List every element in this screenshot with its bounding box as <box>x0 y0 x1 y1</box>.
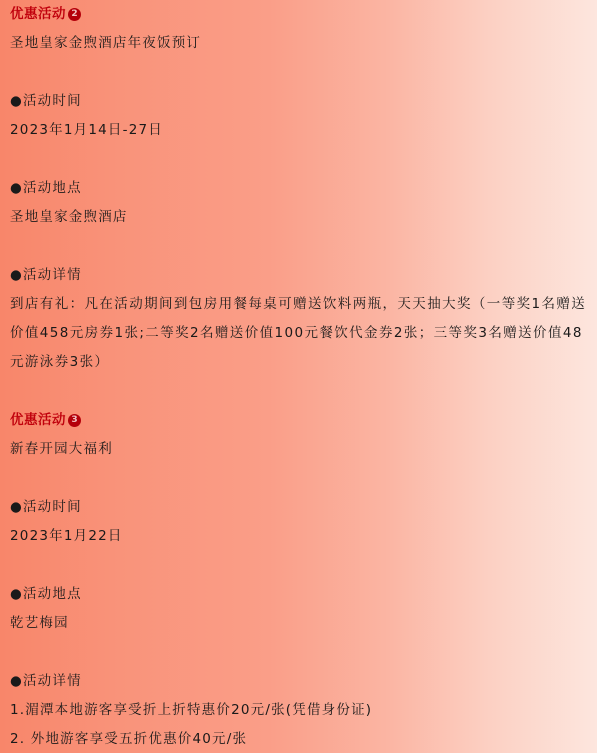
place-label: ●活动地点 <box>10 580 587 609</box>
spacer <box>10 377 587 406</box>
number-badge-icon: 2 <box>68 8 81 21</box>
spacer <box>10 58 587 87</box>
spacer <box>10 638 587 667</box>
detail-label: ●活动详情 <box>10 261 587 290</box>
place-label: ●活动地点 <box>10 174 587 203</box>
section-heading: 优惠活动 3 <box>10 406 587 435</box>
time-value: 2023年1月14日-27日 <box>10 116 587 145</box>
spacer <box>10 551 587 580</box>
place-value: 乾艺梅园 <box>10 609 587 638</box>
spacer <box>10 145 587 174</box>
detail-label: ●活动详情 <box>10 667 587 696</box>
heading-label: 优惠活动 <box>10 406 66 435</box>
promo-section-3: 优惠活动 3 新春开园大福利 ●活动时间 2023年1月22日 ●活动地点 乾艺… <box>10 406 587 753</box>
spacer <box>10 464 587 493</box>
section-heading: 优惠活动 2 <box>10 0 587 29</box>
promo-section-2: 优惠活动 2 圣地皇家金煦酒店年夜饭预订 ●活动时间 2023年1月14日-27… <box>10 0 587 406</box>
number-badge-icon: 3 <box>68 414 81 427</box>
place-value: 圣地皇家金煦酒店 <box>10 203 587 232</box>
time-label: ●活动时间 <box>10 87 587 116</box>
heading-label: 优惠活动 <box>10 0 66 29</box>
detail-line-2: 2. 外地游客享受五折优惠价40元/张 <box>10 725 587 753</box>
promo-title: 圣地皇家金煦酒店年夜饭预订 <box>10 29 587 58</box>
time-label: ●活动时间 <box>10 493 587 522</box>
time-value: 2023年1月22日 <box>10 522 587 551</box>
promo-title: 新春开园大福利 <box>10 435 587 464</box>
article-content: 优惠活动 2 圣地皇家金煦酒店年夜饭预订 ●活动时间 2023年1月14日-27… <box>0 0 597 753</box>
detail-text: 到店有礼：凡在活动期间到包房用餐每桌可赠送饮料两瓶，天天抽大奖（一等奖1名赠送价… <box>10 290 587 377</box>
detail-line-1: 1.湄潭本地游客享受折上折特惠价20元/张(凭借身份证) <box>10 696 587 725</box>
spacer <box>10 232 587 261</box>
